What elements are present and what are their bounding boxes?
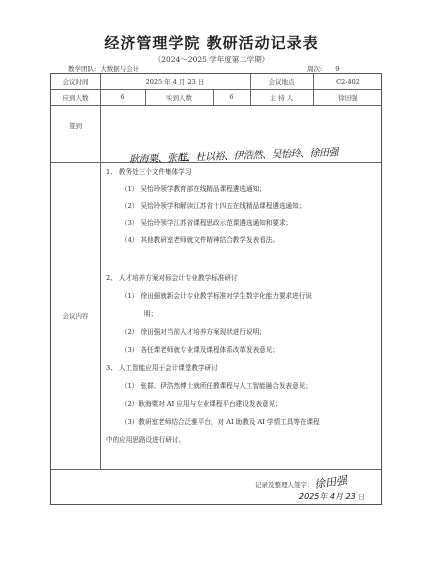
- signature-stroke: [181, 154, 188, 161]
- recorder-signature: 徐田强: [313, 472, 348, 492]
- document-subtitle: （2024～2025 学年度第二学期）: [0, 54, 423, 65]
- meeting-location-label: 会议地点: [250, 74, 313, 89]
- meeting-content-label: 会议内容: [51, 162, 100, 469]
- content-subitem: （2） 徐田强对当前人才培养方案现状进行说明；: [121, 329, 266, 336]
- content-subitem-continued: 明；: [144, 311, 157, 318]
- content-subitem: （1） 张群、伊浩然博士就所任教课程与人工智能融合发表意见；: [121, 383, 312, 390]
- week-label: 周次:: [307, 65, 322, 73]
- document-title: 经济管理学院 教研活动记录表: [0, 32, 423, 53]
- content-subitem: （3）教研室老师结合泛雅平台，对 AI 助教及 AI 学情工具等在课程: [121, 419, 320, 426]
- content-item-heading: 1、 教务处三个文件集体学习: [106, 169, 191, 176]
- content-subitem: （1） 徐田强就新会计专业教学标准对学生数字化能力要求进行说: [121, 293, 312, 300]
- content-item-heading: 2、 人才培养方案对标会计专业教学标准研讨: [106, 275, 238, 282]
- content-item-heading: 3、 人工智能应用于会计课堂教学研讨: [106, 365, 218, 372]
- recorder-row: 记录及整理人签字： 徐田强 2025年 4月 23 日: [51, 469, 383, 506]
- content-subitem: （2） 吴怡玲领学和解读江苏省十四五在线精品课程遴选通知；: [121, 203, 305, 210]
- content-subitem: （1） 吴怡玲领学教育部在线精品课程遴选通知；: [121, 186, 266, 193]
- recorder-label: 记录及整理人签字：: [255, 480, 314, 489]
- record-table: 会议时间 2025 年 4 月 23 日 会议地点 C2-402 应到人数 6 …: [50, 73, 382, 505]
- content-subitem: （4） 其他教研室老师就文件精神结合教学发表看法。: [121, 237, 279, 244]
- content-subitem-continued: 中的应用思路设进行研讨。: [106, 437, 185, 444]
- host-value: 徐田强: [313, 89, 383, 105]
- teaching-team-label: 教学团队:: [68, 65, 96, 73]
- expected-count-label: 应到人数: [51, 89, 100, 105]
- content-subitem: （3） 吴怡玲领学江苏省课程思政示范课遴选通知和要求；: [121, 220, 292, 227]
- content-subitem: （3） 各任课老师就专业课及课程体系改革发表意见；: [121, 347, 279, 354]
- expected-count-value: 6: [100, 89, 145, 105]
- host-label: 主 持 人: [250, 89, 313, 105]
- meeting-location-value: C2-402: [313, 74, 383, 89]
- recorder-date-handwritten: 2025年 4月 23: [299, 492, 356, 501]
- recorder-date: 2025年 4月 23 日: [299, 491, 365, 502]
- signin-label: 签到: [51, 105, 100, 145]
- meeting-time-value: 2025 年 4 月 23 日: [100, 74, 250, 89]
- content-subitem: （2）耿海粟对 AI 应用与专业课程平台建设发表意见；: [121, 401, 282, 408]
- recorder-date-suffix: 日: [358, 493, 365, 501]
- actual-count-label: 实到人数: [145, 89, 213, 105]
- col-divider: [100, 74, 101, 469]
- meeting-time-label: 会议时间: [51, 74, 100, 89]
- actual-count-value: 6: [213, 89, 250, 105]
